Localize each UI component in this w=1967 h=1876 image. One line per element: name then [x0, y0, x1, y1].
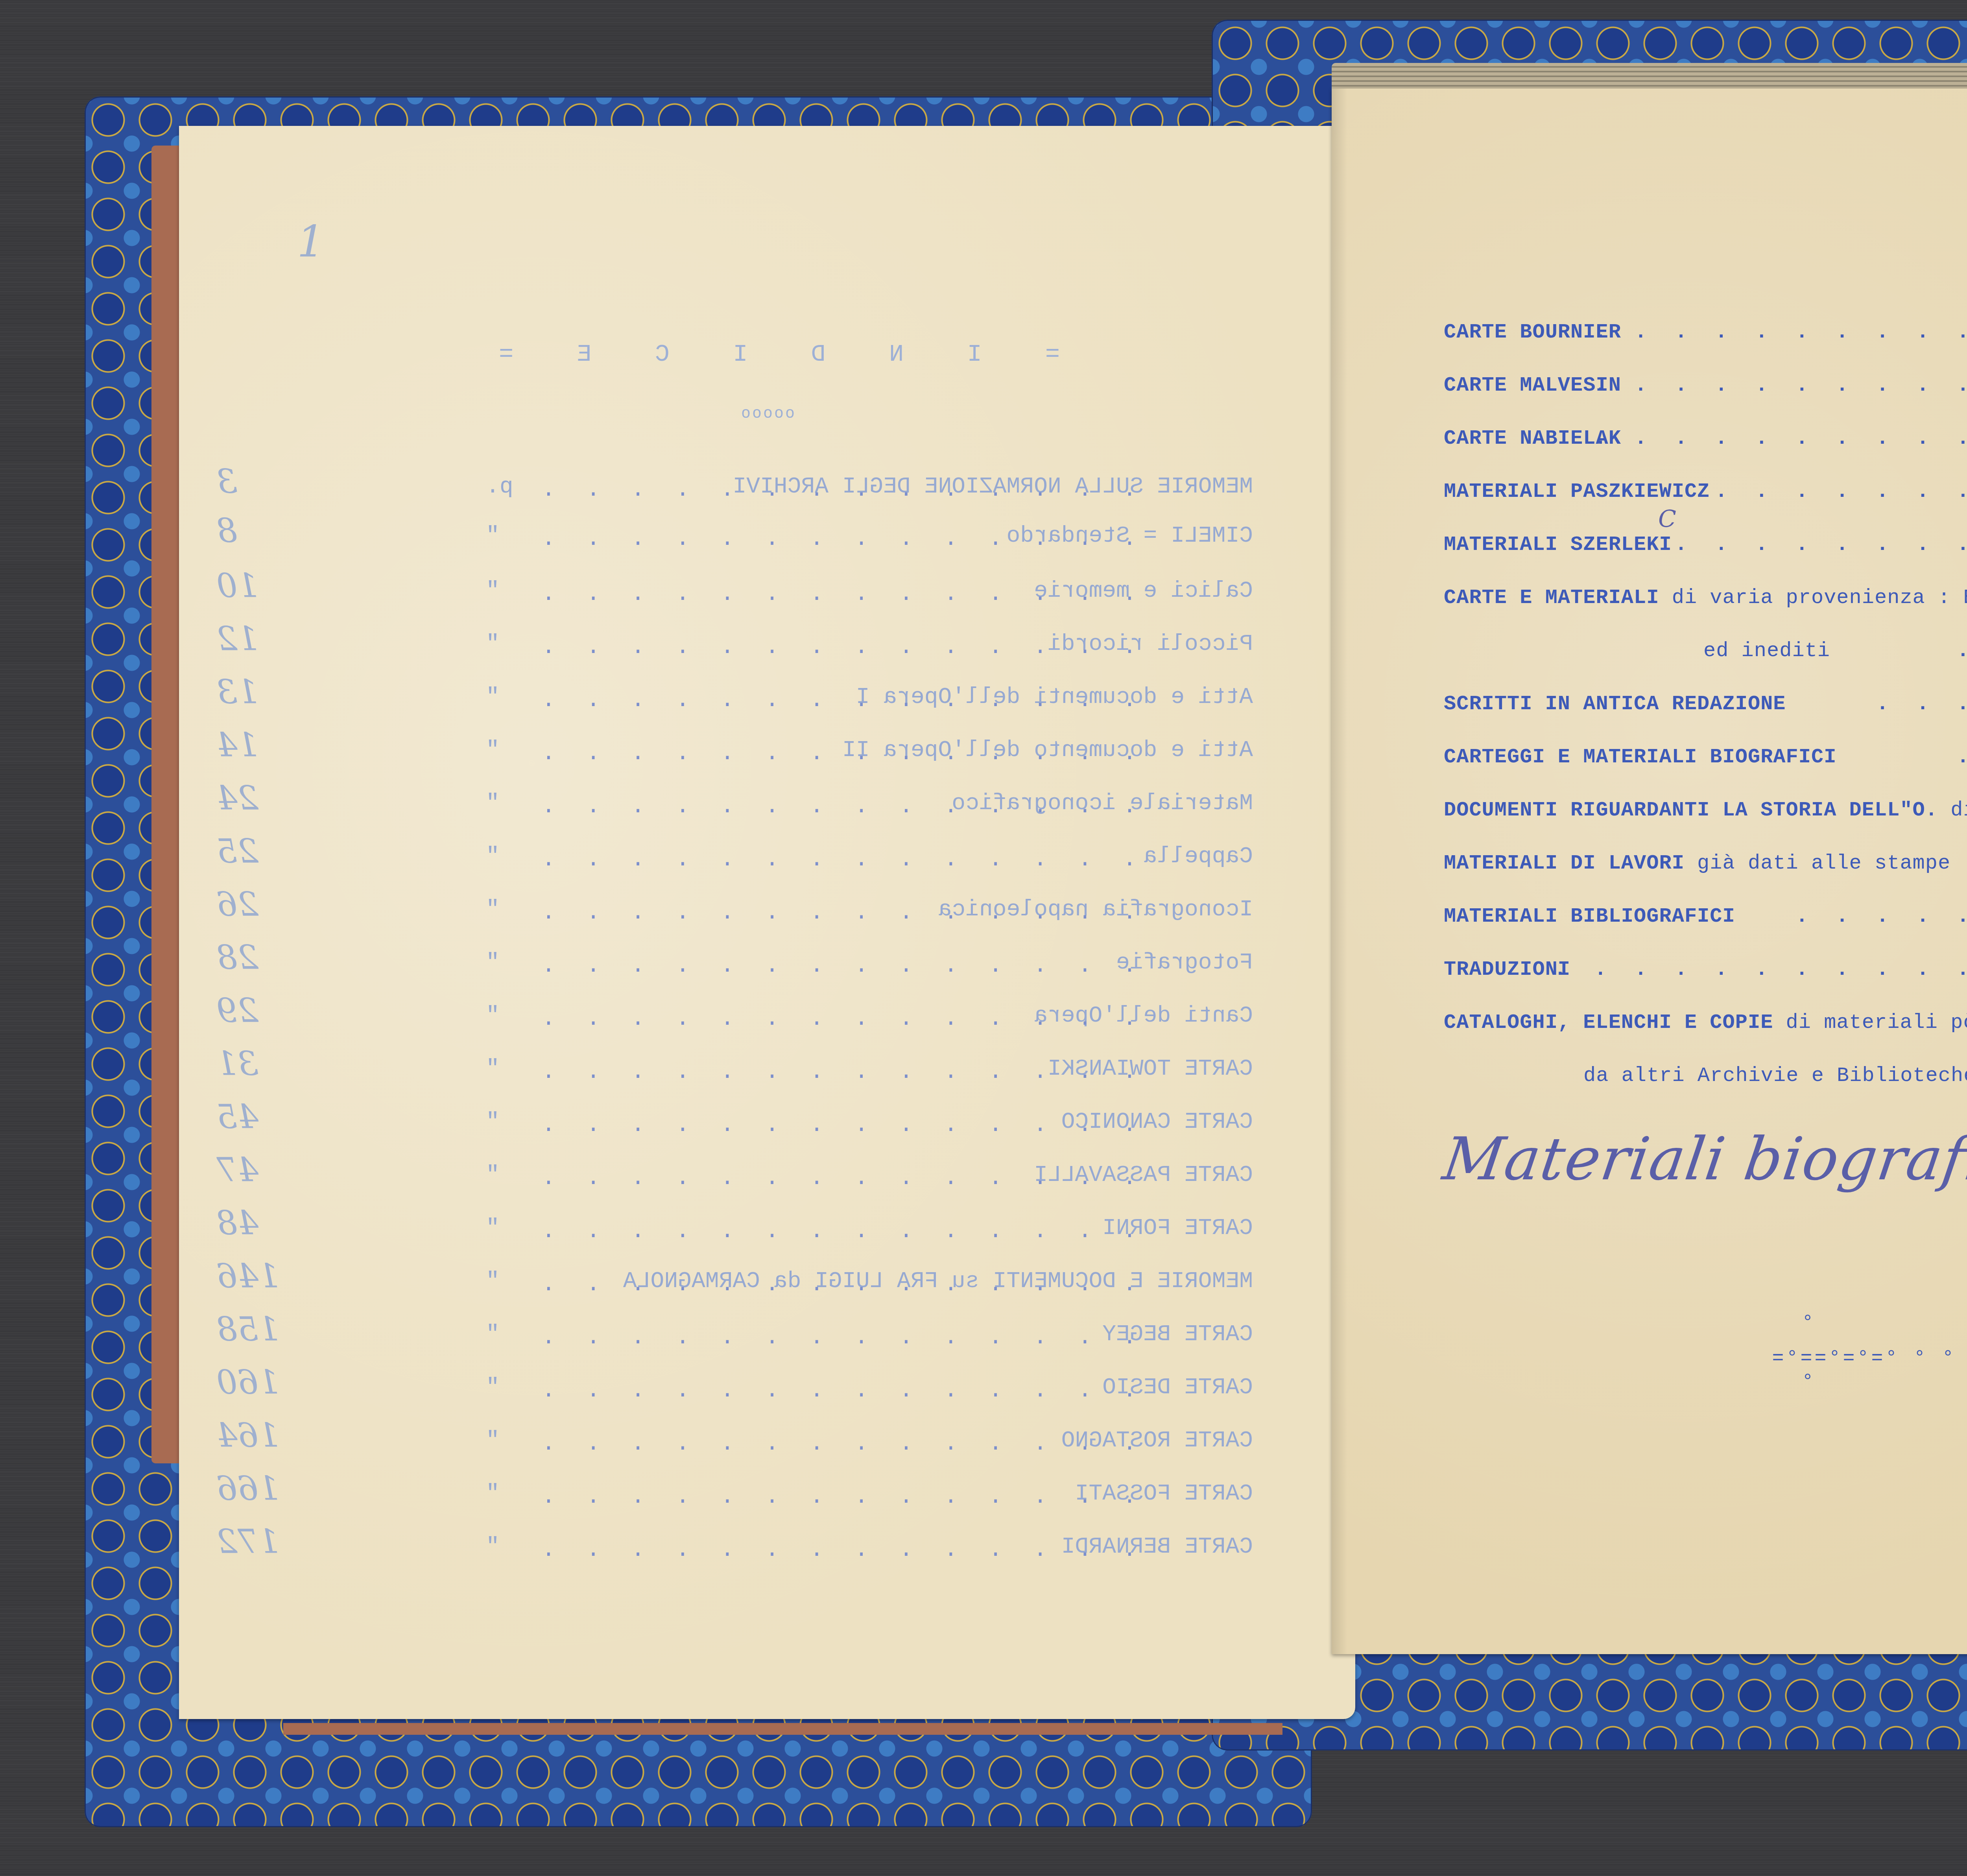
entry-label-caps: SCRITTI IN ANTICA REDAZIONE	[1444, 692, 1786, 716]
left-page-number: 24	[216, 779, 258, 817]
entry-label-lower: di materiali pòsseduti	[1773, 1011, 1967, 1034]
end-ornament-text: =°==°=°=° ° ° =°=°=°=	[1772, 1347, 1967, 1370]
right-index-entry: CARTE MALVESIN. . . . . . . . . . . . . …	[1444, 374, 1967, 397]
index-title: = I N D I C E =	[179, 340, 1355, 368]
left-page-number: 164	[216, 1416, 279, 1455]
left-page-number: 28	[216, 938, 258, 977]
entry-label-caps: MATERIALI DI LAVORI	[1444, 852, 1685, 875]
left-page-number: 29	[216, 991, 258, 1030]
left-page-number: 45	[216, 1098, 258, 1136]
page-prefix: "	[486, 738, 500, 763]
left-index-entry: Atti e documento dell'Opera II. . . . . …	[348, 738, 1253, 763]
entry-label-caps: CARTEGGI E MATERIALI BIOGRAFICI	[1444, 745, 1836, 769]
entry-label-caps: MATERIALI BIBLIOGRAFICI	[1444, 905, 1735, 928]
left-index-entry: MEMORIE E DOCUMENTI su FRA LUIGI da CARM…	[348, 1269, 1253, 1294]
entry-label: TRADUZIONI	[1444, 958, 1570, 981]
entry-label-caps: MATERIALI PASZKIEWICZ	[1444, 480, 1710, 503]
right-index-entry: TRADUZIONI. . . . . . . . . . . . . . . …	[1444, 958, 1967, 981]
entry-label-caps: TRADUZIONI	[1444, 958, 1570, 981]
right-index-entry: da altri Archivie e Biblioteche. ."223	[1444, 1064, 1967, 1087]
left-index-entry: CARTE ROSTAGNO. . . . . . . . . . . . . …	[348, 1428, 1253, 1454]
left-index-entry: Iconografia napoleonica. . . . . . . . .…	[348, 897, 1253, 922]
title-ornament: ooooo	[179, 405, 1355, 423]
left-page-number: 13	[216, 673, 258, 711]
leader-dots: . . . . . . . . . . . . . .	[533, 526, 1137, 552]
left-index-entry: Canti dell'Opera. . . . . . . . . . . . …	[348, 1003, 1253, 1029]
leader-dots: . . . . . . . . . . . . . .	[1675, 533, 1967, 556]
leader-dots: . . . . . . . . . . . . .	[1715, 480, 1967, 503]
left-page-number: 12	[216, 620, 258, 658]
entry-label: MATERIALI BIBLIOGRAFICI	[1444, 905, 1735, 928]
mirrored-show-through: = I N D I C E = ooooo MEMORIE SULLA NORM…	[179, 126, 1355, 1719]
page-prefix: "	[486, 1162, 500, 1188]
leader-dots: . . . . . . . . . . . . . .	[533, 794, 1137, 819]
entry-label: DOCUMENTI RIGUARDANTI LA STORIA DELL"O. …	[1444, 799, 1967, 822]
right-index-entry: CARTE NABIELAK. . . . . . . . . . . . . …	[1444, 427, 1967, 450]
page-prefix: "	[486, 1375, 500, 1400]
leader-dots: . . . . . . . . . . . . . .	[533, 1219, 1137, 1244]
entry-label: CATALOGHI, ELENCHI E COPIE di materiali …	[1444, 1011, 1967, 1034]
end-ornament: ° =°==°=°=° ° ° =°=°=°= °	[1332, 1347, 1967, 1370]
entry-label: MATERIALI SZERLEKI	[1444, 533, 1672, 556]
leader-dots: . . . . . . . . .	[1877, 692, 1967, 716]
right-index-entry: MATERIALI PASZKIEWICZ. . . . . . . . . .…	[1444, 480, 1967, 503]
entry-label-caps: DOCUMENTI RIGUARDANTI LA STORIA DELL"O.	[1444, 799, 1938, 822]
leader-dots: . . . . . . . . . . . . . . . .	[1594, 427, 1967, 450]
leader-dots: . . . . . . . . . . . . . .	[533, 635, 1137, 660]
leader-dots: . . . . . . . . . . . . . .	[533, 1112, 1137, 1138]
page-prefix: "	[486, 1109, 500, 1135]
page-prefix: "	[486, 1322, 500, 1347]
right-index-entry: MATERIALI SZERLEKI. . . . . . . . . . . …	[1444, 533, 1967, 556]
left-index-entry: CARTE DESIO. . . . . . . . . . . . . ."	[348, 1375, 1253, 1400]
entry-label: CARTE E MATERIALI di varia provenienza :…	[1444, 586, 1967, 609]
entry-label-caps: MATERIALI SZERLEKI	[1444, 533, 1672, 556]
page-prefix: "	[486, 1056, 500, 1082]
left-page-number: 25	[216, 832, 258, 871]
entry-label: Cappella	[1144, 844, 1253, 869]
page-prefix: p.	[486, 474, 513, 500]
gutter-shadow	[1332, 89, 1347, 1654]
entry-label-caps: CARTE E MATERIALI	[1444, 586, 1659, 609]
left-index-entry: CARTE PASSAVALLI. . . . . . . . . . . . …	[348, 1162, 1253, 1188]
right-index-entry: CARTE BOURNIER. . . . . . . . . . . . . …	[1444, 321, 1967, 344]
left-index-entry: Cappella. . . . . . . . . . . . . ."	[348, 844, 1253, 869]
leader-dots: . . . . . . . . . . . . . .	[533, 847, 1137, 873]
page-prefix: "	[486, 1428, 500, 1454]
entry-label: MATERIALI PASZKIEWICZ	[1444, 480, 1710, 503]
leader-dots: . . . . . . . . . . . . . .	[533, 1484, 1137, 1510]
entry-label: MATERIALI DI LAVORI già dati alle stampe	[1444, 852, 1950, 875]
left-index-entry: CIMELI = Stendardo. . . . . . . . . . . …	[348, 523, 1253, 549]
entry-label-lower: da altri Archivie e Biblioteche	[1583, 1064, 1967, 1087]
entry-label: Fotografie	[1116, 950, 1253, 976]
leader-dots: . . . . . . . . . . . . . .	[533, 477, 1137, 503]
left-page-number: 3	[216, 462, 237, 501]
leader-dots: . . . . . . . . . . . . . .	[533, 1537, 1137, 1563]
page-prefix: "	[486, 1216, 500, 1241]
page-prefix: "	[486, 844, 500, 869]
page-prefix: "	[486, 631, 500, 657]
left-page-number: 8	[216, 511, 237, 550]
page-prefix: "	[486, 1534, 500, 1560]
entry-label-lower: di DIO	[1938, 799, 1967, 822]
leader-dots: . . . . . . . . . . . . . .	[533, 688, 1137, 713]
left-page-number: 26	[216, 885, 258, 924]
left-page-number: 10	[216, 566, 258, 605]
leader-dots: . . . . . . . . . . . . . .	[533, 1272, 1137, 1297]
left-index-entry: CARTE TOWIANSKI. . . . . . . . . . . . .…	[348, 1056, 1253, 1082]
leader-dots: . . . . . . . . . . . . . .	[533, 1166, 1137, 1191]
left-page-number: 14	[216, 726, 258, 764]
board-bottom-edge	[283, 1723, 1282, 1735]
leader-dots: . . . . . . . . . . . . . . . . .	[1554, 958, 1967, 981]
page-prefix: "	[486, 684, 500, 710]
leader-dots: . . . . . . . . . . .	[1796, 905, 1967, 928]
page-prefix: "	[486, 1269, 500, 1294]
left-index-entry: Atti e documenti dell'Opera I. . . . . .…	[348, 684, 1253, 710]
left-index-entry: CARTE CANONICO. . . . . . . . . . . . . …	[348, 1109, 1253, 1135]
leader-dots: . . . . . . . . . . . . . .	[533, 1378, 1137, 1404]
page-prefix: "	[486, 897, 500, 922]
page-prefix: "	[486, 1481, 500, 1507]
right-index-entry: CARTEGGI E MATERIALI BIOGRAFICI. . . . .…	[1444, 745, 1967, 769]
left-index-entry: Fotografie. . . . . . . . . . . . . ."	[348, 950, 1253, 976]
left-page-number: 31	[216, 1044, 258, 1083]
left-page-number: 47	[216, 1151, 258, 1189]
left-index-entry: MEMORIE SULLA NORMAZIONE DEGLI ARCHIVI. …	[348, 474, 1253, 500]
right-index-entry: ed inediti. . . . . . ."183	[1444, 639, 1967, 662]
handwritten-correction: C	[1658, 505, 1677, 533]
entry-label-lower: di varia provenienza : Editi	[1659, 586, 1967, 609]
page-prefix: "	[486, 523, 500, 549]
left-page-number: 146	[216, 1257, 279, 1295]
right-index-entry: CATALOGHI, ELENCHI E COPIE di materiali …	[1444, 1011, 1967, 1034]
left-page-number: 158	[216, 1310, 279, 1348]
right-index-entry: MATERIALI DI LAVORI già dati alle stampe…	[1444, 852, 1967, 875]
leader-dots: . . . . . . . . . . . . . .	[533, 581, 1137, 607]
entry-label: SCRITTI IN ANTICA REDAZIONE	[1444, 692, 1786, 716]
left-page-number: 166	[216, 1469, 279, 1508]
entry-label: CARTEGGI E MATERIALI BIOGRAFICI	[1444, 745, 1836, 769]
left-index-entry: Calici e memorie. . . . . . . . . . . . …	[348, 578, 1253, 604]
entry-label: ed inediti	[1703, 639, 1830, 662]
left-index-entry: CARTE FORNI. . . . . . . . . . . . . ."	[348, 1216, 1253, 1241]
right-index-entry: CARTE E MATERIALI di varia provenienza :…	[1444, 586, 1967, 609]
left-page-number: 172	[216, 1522, 279, 1561]
leader-dots: . . . . . . . . . . . . . .	[533, 741, 1137, 766]
entry-label: da altri Archivie e Biblioteche	[1583, 1064, 1967, 1087]
leader-dots: . . . . . . . . . . . . . .	[533, 953, 1137, 979]
left-index-entry: CARTE BERNARDI. . . . . . . . . . . . . …	[348, 1534, 1253, 1560]
page-prefix: "	[486, 791, 500, 816]
leader-dots: . . . . . . . . . . . . . . . .	[1594, 374, 1967, 397]
leader-dots: . . . . . . . . . . . . . .	[533, 1325, 1137, 1350]
entry-label-caps: CATALOGHI, ELENCHI E COPIE	[1444, 1011, 1773, 1034]
entry-label-lower: ed inediti	[1703, 639, 1830, 662]
right-index-entry: DOCUMENTI RIGUARDANTI LA STORIA DELL"O. …	[1444, 799, 1967, 822]
left-index-entry: Materiale iconografico. . . . . . . . . …	[348, 791, 1253, 816]
leader-dots: . . . . . . . . . . . . . .	[533, 900, 1137, 926]
leader-dots: . . . . . . .	[1957, 745, 1967, 769]
entry-label-lower: già dati alle stampe	[1685, 852, 1950, 875]
leader-dots: . . . . . . . . . . . . . .	[533, 1431, 1137, 1457]
page-stack-edge	[1332, 63, 1967, 90]
page-prefix: "	[486, 1003, 500, 1029]
right-index-entry: MATERIALI BIBLIOGRAFICI. . . . . . . . .…	[1444, 905, 1967, 928]
page-prefix: "	[486, 578, 500, 604]
page-prefix: "	[486, 950, 500, 976]
leader-dots: . . . . . . .	[1957, 639, 1967, 662]
left-index-entry: CARTE BEGEY. . . . . . . . . . . . . ."	[348, 1322, 1253, 1347]
left-index-entry: Piccoli ricordi. . . . . . . . . . . . .…	[348, 631, 1253, 657]
right-page: 2 CARTE BOURNIER. . . . . . . . . . . . …	[1332, 89, 1967, 1654]
leader-dots: . . . . . . . . . . . . . .	[533, 1059, 1137, 1085]
left-page-number: 48	[216, 1204, 258, 1242]
handwritten-addendum: Materiali biografici aggiunti	[1439, 1125, 1967, 1193]
leader-dots: . . . . . . . . . . . . . . . .	[1594, 321, 1967, 344]
left-page: 1 = I N D I C E = ooooo MEMORIE SULLA NO…	[179, 126, 1355, 1719]
leader-dots: . . . . . . . . . . . . . .	[533, 1006, 1137, 1032]
left-index-entry: CARTE FOSSATI. . . . . . . . . . . . . .…	[348, 1481, 1253, 1507]
right-index-entry: SCRITTI IN ANTICA REDAZIONE. . . . . . .…	[1444, 692, 1967, 716]
left-page-number: 160	[216, 1363, 279, 1402]
